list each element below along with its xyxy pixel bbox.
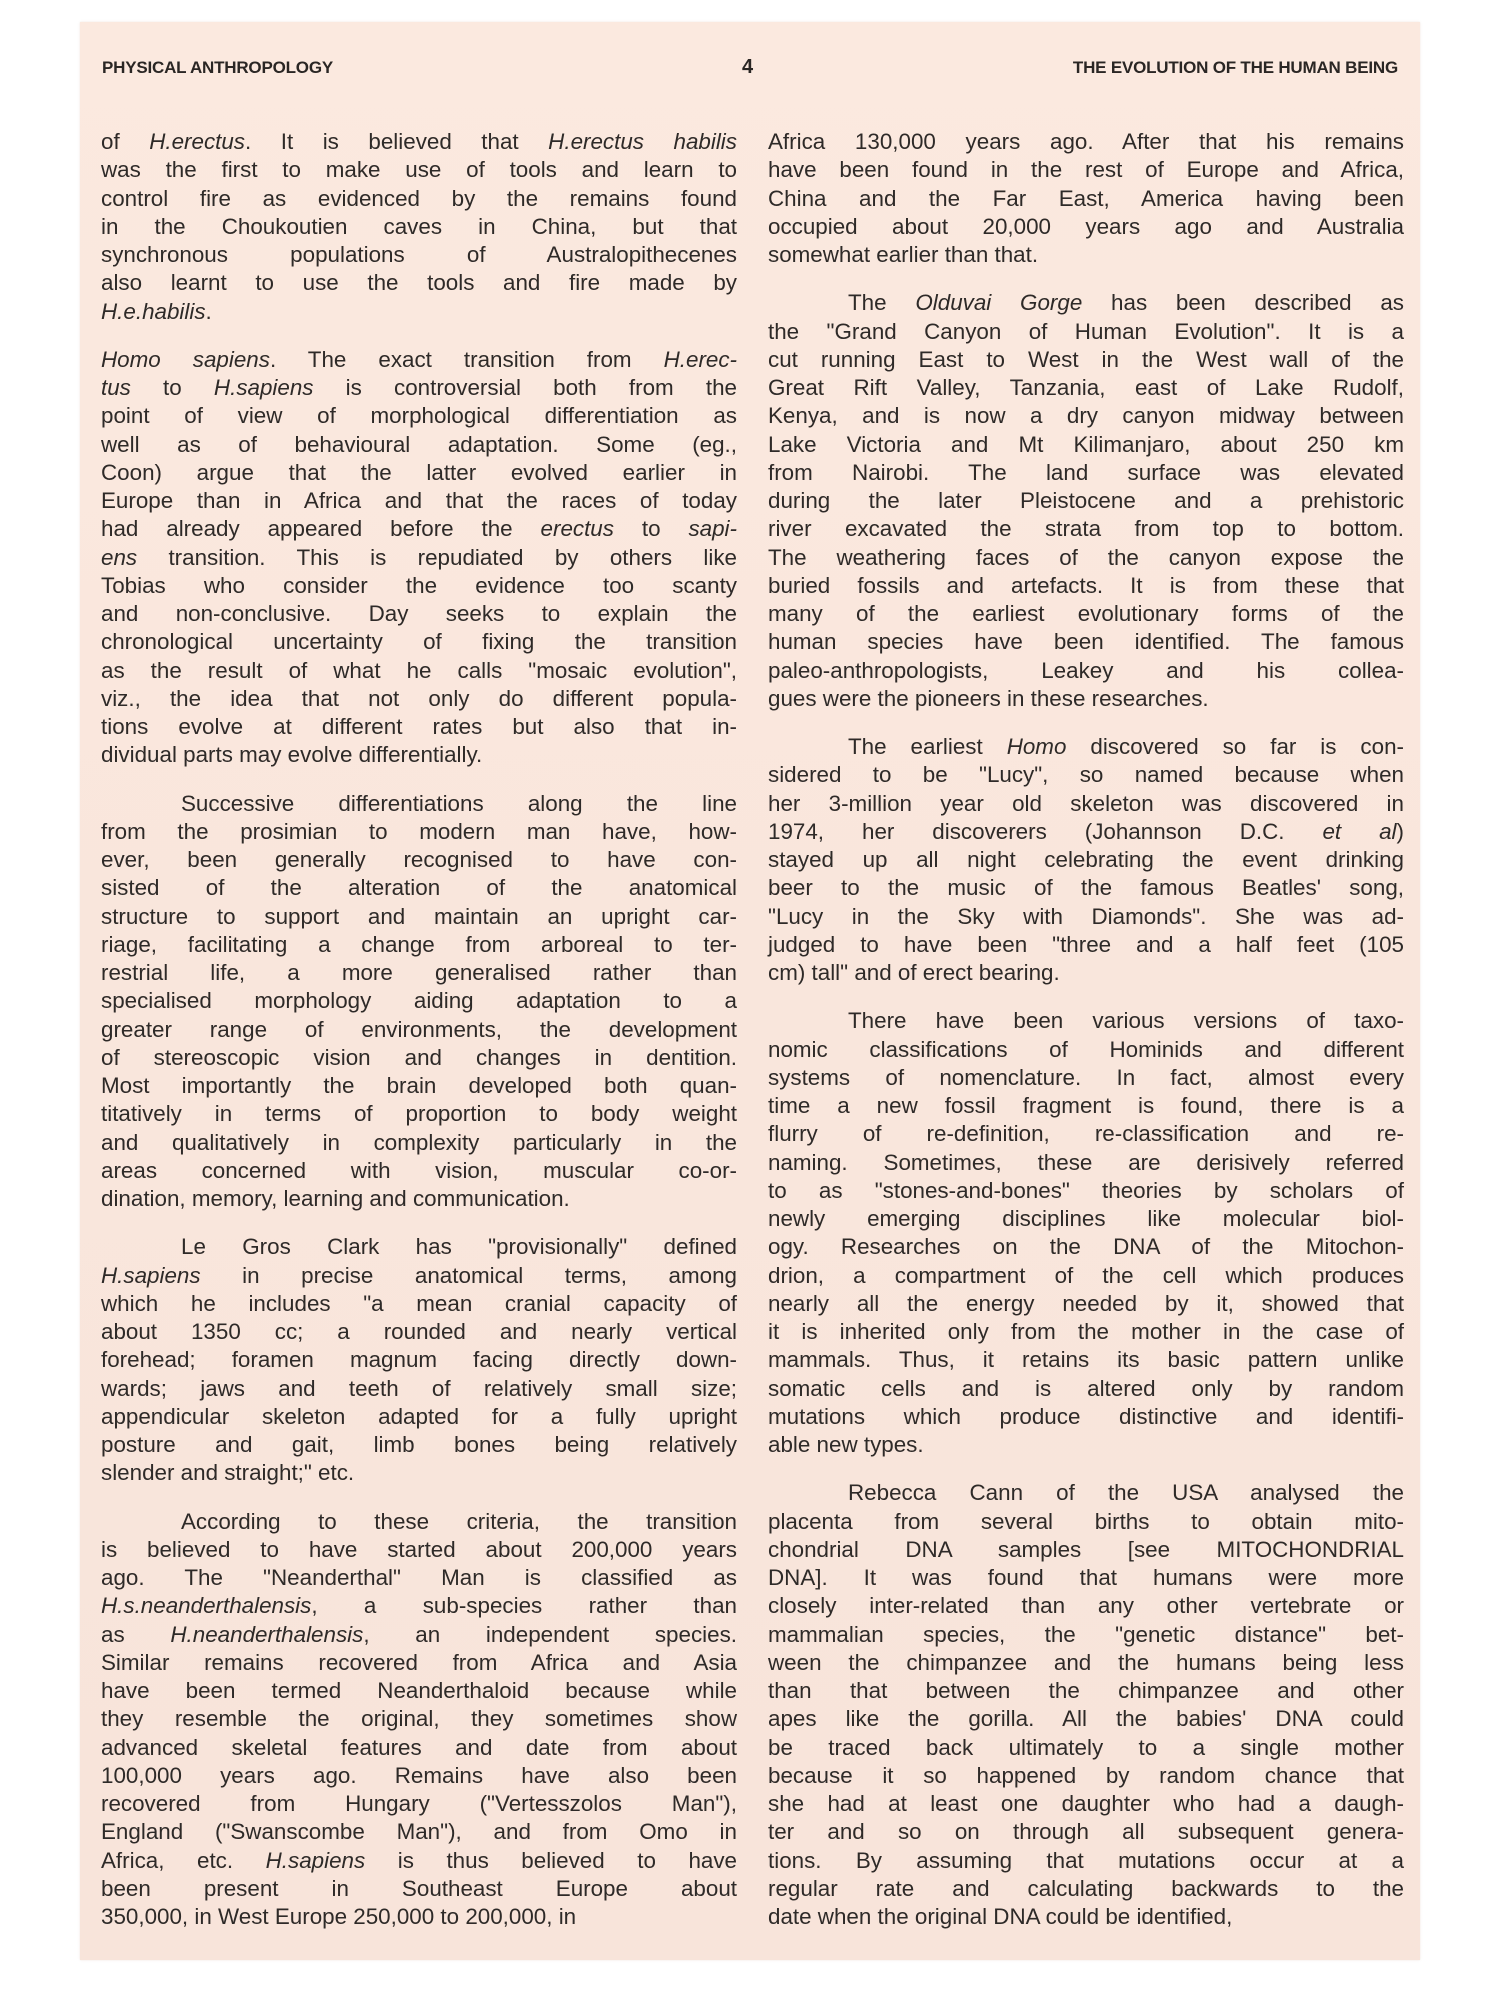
text-line: tus to H.sapiens is controversial both f… [101,374,737,402]
text-line: wards; jaws and teeth of relatively smal… [101,1375,737,1403]
text-line: Great Rift Valley, Tanzania, east of Lak… [768,374,1404,402]
text-line: have been found in the rest of Europe an… [768,156,1404,184]
text-line: 1974, her discoverers (Johannson D.C. et… [768,818,1404,846]
text-line: cm) tall" and of erect bearing. [768,959,1404,987]
text-line: ter and so on through all subsequent gen… [768,1818,1404,1846]
text-line: advanced skeletal features and date from… [101,1734,737,1762]
text-line: England ("Swanscombe Man"), and from Omo… [101,1818,737,1846]
text-line: flurry of re-definition, re-classificati… [768,1120,1404,1148]
text-line: closely inter-related than any other ver… [768,1592,1404,1620]
text-line: and non-conclusive. Day seeks to explain… [101,600,737,628]
text-line: The earliest Homo discovered so far is c… [768,733,1404,761]
text-line: riage, facilitating a change from arbore… [101,931,737,959]
text-line: Europe than in Africa and that the races… [101,487,737,515]
text-line: she had at least one daughter who had a … [768,1790,1404,1818]
text-line: H.sapiens in precise anatomical terms, a… [101,1262,737,1290]
text-line: buried fossils and artefacts. It is from… [768,572,1404,600]
text-line: tions evolve at different rates but also… [101,713,737,741]
text-line: forehead; foramen magnum facing directly… [101,1346,737,1374]
text-line: areas concerned with vision, muscular co… [101,1157,737,1185]
text-line: from Nairobi. The land surface was eleva… [768,459,1404,487]
text-line: 100,000 years ago. Remains have also bee… [101,1762,737,1790]
text-line: Homo sapiens. The exact transition from … [101,346,737,374]
text-line: have been termed Neanderthaloid because … [101,1677,737,1705]
text-line: H.e.habilis. [101,298,737,326]
text-line: titatively in terms of proportion to bod… [101,1100,737,1128]
right-paragraph-3: The earliest Homo discovered so far is c… [768,733,1404,987]
text-line: be traced back ultimately to a single mo… [768,1734,1404,1762]
text-line: dividual parts may evolve differentially… [101,741,737,769]
text-line: in the Choukoutien caves in China, but t… [101,213,737,241]
text-line: river excavated the strata from top to b… [768,515,1404,543]
right-paragraph-2: The Olduvai Gorge has been described ast… [768,289,1404,713]
text-line: ogy. Researches on the DNA of the Mitoch… [768,1233,1404,1261]
text-line: placenta from several births to obtain m… [768,1508,1404,1536]
text-line: dination, memory, learning and communica… [101,1185,737,1213]
italic-term: H.erectus habilis [548,129,737,154]
text-line: mammals. Thus, it retains its basic patt… [768,1346,1404,1374]
text-line: viz., the idea that not only do differen… [101,685,737,713]
text-line: posture and gait, limb bones being relat… [101,1431,737,1459]
text-line: Le Gros Clark has "provisionally" define… [101,1233,737,1261]
right-text-column: Africa 130,000 years ago. After that his… [768,128,1404,1931]
text-line: Kenya, and is now a dry canyon midway be… [768,402,1404,430]
text-line: many of the earliest evolutionary forms … [768,600,1404,628]
text-line: China and the Far East, America having b… [768,185,1404,213]
italic-term: H.sapiens [214,375,314,400]
text-line: slender and straight;" etc. [101,1459,737,1487]
text-line: structure to support and maintain an upr… [101,903,737,931]
italic-term: Homo [1007,734,1067,759]
italic-term: H.e.habilis [101,299,206,324]
italic-term: Homo sapiens [101,347,270,372]
italic-term: H.s.neanderthalensis [101,1593,311,1618]
text-line: Similar remains recovered from Africa an… [101,1649,737,1677]
text-line: because it so happened by random chance … [768,1762,1404,1790]
text-line: ago. The "Neanderthal" Man is classified… [101,1564,737,1592]
header-section-title: PHYSICAL ANTHROPOLOGY [102,58,333,78]
text-line: The Olduvai Gorge has been described as [768,289,1404,317]
text-line: and qualitatively in complexity particul… [101,1129,737,1157]
text-line: The weathering faces of the canyon expos… [768,544,1404,572]
text-line: restrial life, a more generalised rather… [101,959,737,987]
document-page: PHYSICAL ANTHROPOLOGY 4 THE EVOLUTION OF… [80,22,1420,1960]
text-line: time a new fossil fragment is found, the… [768,1092,1404,1120]
text-line: able new types. [768,1431,1404,1459]
text-line: of H.erectus. It is believed that H.erec… [101,128,737,156]
text-line: sisted of the alteration of the anatomic… [101,874,737,902]
text-line: to as "stones-and-bones" theories by sch… [768,1177,1404,1205]
text-line: from the prosimian to modern man have, h… [101,818,737,846]
text-line: somewhat earlier than that. [768,241,1404,269]
text-line: According to these criteria, the transit… [101,1508,737,1536]
text-line: had already appeared before the erectus … [101,515,737,543]
left-paragraph-4: Le Gros Clark has "provisionally" define… [101,1233,737,1487]
italic-term: H.neanderthalensis [170,1622,363,1647]
text-line: her 3-million year old skeleton was disc… [768,790,1404,818]
text-line: synchronous populations of Australopithe… [101,241,737,269]
text-line: than that between the chimpanzee and oth… [768,1677,1404,1705]
text-line: which he includes "a mean cranial capaci… [101,1290,737,1318]
text-line: mammalian species, the "genetic distance… [768,1621,1404,1649]
text-line: "Lucy in the Sky with Diamonds". She was… [768,903,1404,931]
text-line: Successive differentiations along the li… [101,790,737,818]
text-line: drion, a compartment of the cell which p… [768,1262,1404,1290]
italic-term: Olduvai Gorge [915,290,1082,315]
text-line: sidered to be "Lucy", so named because w… [768,761,1404,789]
text-line: Tobias who consider the evidence too sca… [101,572,737,600]
left-paragraph-1: of H.erectus. It is believed that H.erec… [101,128,737,326]
text-line: was the first to make use of tools and l… [101,156,737,184]
text-line: nomic classifications of Hominids and di… [768,1036,1404,1064]
text-line: Africa, etc. H.sapiens is thus believed … [101,1847,737,1875]
text-line: beer to the music of the famous Beatles'… [768,874,1404,902]
text-line: ens transition. This is repudiated by ot… [101,544,737,572]
text-line: specialised morphology aiding adaptation… [101,987,737,1015]
header-chapter-title: THE EVOLUTION OF THE HUMAN BEING [1073,58,1398,78]
text-line: ween the chimpanzee and the humans being… [768,1649,1404,1677]
text-line: been present in Southeast Europe about [101,1875,737,1903]
text-line: stayed up all night celebrating the even… [768,846,1404,874]
italic-term: tus [101,375,131,400]
text-line: it is inherited only from the mother in … [768,1318,1404,1346]
text-line: control fire as evidenced by the remains… [101,185,737,213]
text-line: H.s.neanderthalensis, a sub-species rath… [101,1592,737,1620]
text-line: Rebecca Cann of the USA analysed the [768,1479,1404,1507]
italic-term: H.sapiens [101,1263,201,1288]
text-line: during the later Pleistocene and a prehi… [768,487,1404,515]
text-line: 350,000, in West Europe 250,000 to 200,0… [101,1903,737,1931]
text-line: regular rate and calculating backwards t… [768,1875,1404,1903]
text-line: greater range of environments, the devel… [101,1016,737,1044]
text-line: occupied about 20,000 years ago and Aust… [768,213,1404,241]
text-line: as H.neanderthalensis, an independent sp… [101,1621,737,1649]
text-line: is believed to have started about 200,00… [101,1536,737,1564]
text-line: paleo-anthropologists, Leakey and his co… [768,657,1404,685]
italic-term: H.erectus [149,129,245,154]
italic-term: ens [101,545,137,570]
text-line: tions. By assuming that mutations occur … [768,1847,1404,1875]
text-line: of stereoscopic vision and changes in de… [101,1044,737,1072]
left-paragraph-2: Homo sapiens. The exact transition from … [101,346,737,770]
text-line: chondrial DNA samples [see MITOCHONDRIAL [768,1536,1404,1564]
text-line: apes like the gorilla. All the babies' D… [768,1705,1404,1733]
text-line: naming. Sometimes, these are derisively … [768,1149,1404,1177]
text-line: DNA]. It was found that humans were more [768,1564,1404,1592]
right-paragraph-4: There have been various versions of taxo… [768,1007,1404,1459]
text-line: cut running East to West in the West wal… [768,346,1404,374]
page-number: 4 [742,56,753,79]
italic-term: et al [1322,819,1396,844]
right-paragraph-1: Africa 130,000 years ago. After that his… [768,128,1404,269]
text-line: the "Grand Canyon of Human Evolution". I… [768,318,1404,346]
text-line: judged to have been "three and a half fe… [768,931,1404,959]
text-line: somatic cells and is altered only by ran… [768,1375,1404,1403]
text-line: Lake Victoria and Mt Kilimanjaro, about … [768,431,1404,459]
text-line: Coon) argue that the latter evolved earl… [101,459,737,487]
text-line: human species have been identified. The … [768,628,1404,656]
left-paragraph-5: According to these criteria, the transit… [101,1508,737,1932]
italic-term: erectus [541,516,614,541]
text-line: Most importantly the brain developed bot… [101,1072,737,1100]
text-line: appendicular skeleton adapted for a full… [101,1403,737,1431]
text-line: There have been various versions of taxo… [768,1007,1404,1035]
text-line: Africa 130,000 years ago. After that his… [768,128,1404,156]
text-line: mutations which produce distinctive and … [768,1403,1404,1431]
text-line: nearly all the energy needed by it, show… [768,1290,1404,1318]
text-line: gues were the pioneers in these research… [768,685,1404,713]
left-text-column: of H.erectus. It is believed that H.erec… [101,128,737,1931]
text-line: date when the original DNA could be iden… [768,1903,1404,1931]
text-line: newly emerging disciplines like molecula… [768,1205,1404,1233]
text-line: recovered from Hungary ("Vertesszolos Ma… [101,1790,737,1818]
text-line: they resemble the original, they sometim… [101,1705,737,1733]
text-line: as the result of what he calls "mosaic e… [101,657,737,685]
left-paragraph-3: Successive differentiations along the li… [101,790,737,1214]
text-line: point of view of morphological different… [101,402,737,430]
right-paragraph-5: Rebecca Cann of the USA analysed theplac… [768,1479,1404,1931]
text-line: well as of behavioural adaptation. Some … [101,431,737,459]
text-line: systems of nomenclature. In fact, almost… [768,1064,1404,1092]
text-line: chronological uncertainty of fixing the … [101,628,737,656]
italic-term: sapi- [688,516,737,541]
text-line: about 1350 cc; a rounded and nearly vert… [101,1318,737,1346]
running-header: PHYSICAL ANTHROPOLOGY 4 THE EVOLUTION OF… [102,58,1398,82]
text-line: also learnt to use the tools and fire ma… [101,269,737,297]
text-line: ever, been generally recognised to have … [101,846,737,874]
italic-term: H.erec- [664,347,737,372]
italic-term: H.sapiens [266,1848,366,1873]
